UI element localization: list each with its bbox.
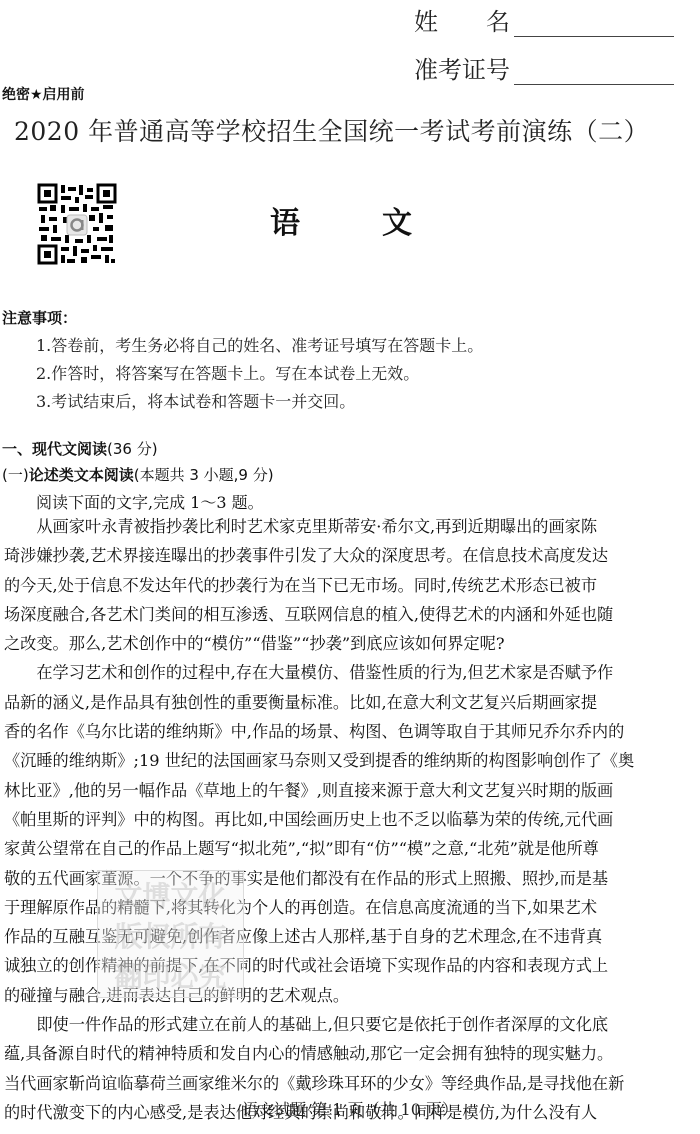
- subsection-score: (本题共 3 小题,9 分): [134, 466, 274, 484]
- watermark-line: 文博文化: [98, 875, 243, 915]
- passage-line: 场深度融合,各艺术门类间的相互渗透、互联网信息的植入,使得艺术的内涵和外延也随: [4, 600, 686, 629]
- qr-code-icon: [37, 183, 117, 265]
- passage-line: 之改变。那么,艺术创作中的“模仿”“借鉴”“抄袭”到底应该如何界定呢?: [4, 629, 686, 658]
- reading-instruction: 阅读下面的文字,完成 1～3 题。: [36, 490, 264, 513]
- section-heading-title: 一、现代文阅读: [2, 440, 107, 458]
- exam-id-label: 准考证号: [414, 50, 510, 85]
- subsection-title: 论述类文本阅读: [29, 466, 134, 484]
- exam-title: 2020 年普通高等学校招生全国统一考试考前演练（二）: [14, 112, 649, 148]
- watermark-line: 版权所有: [98, 915, 243, 955]
- page-footer: 语文试题 第 1 页（共 10 页）: [0, 1097, 700, 1120]
- exam-id-input-line[interactable]: [514, 60, 674, 85]
- name-field-row: 姓 名: [414, 2, 674, 37]
- notice-item: 3.考试结束后，将本试卷和答题卡一并交回。: [36, 389, 355, 412]
- passage-line: 琦涉嫌抄袭,艺术界接连曝出的抄袭事件引发了大众的深度思考。在信息技术高度发达: [4, 541, 686, 570]
- section-heading-score: (36 分): [107, 440, 158, 458]
- passage-line: 当代画家靳尚谊临摹荷兰画家维米尔的《戴珍珠耳环的少女》等经典作品,是寻找他在新: [4, 1069, 686, 1098]
- passage-line: 在学习艺术和创作的过程中,存在大量模仿、借鉴性质的行为,但艺术家是否赋予作: [4, 658, 686, 687]
- notice-heading: 注意事项：: [2, 307, 77, 328]
- passage-line: 林比亚》,他的另一幅作品《草地上的午餐》,则直接来源于意大利文艺复兴时期的版画: [4, 776, 686, 805]
- passage-line: 家黄公望常在自己的作品上题写“拟北苑”,“拟”即有“仿”“模”之意,“北苑”就是…: [4, 834, 686, 863]
- passage-line: 蕴,具备源自时代的精神特质和发自内心的情感触动,那它一定会拥有独特的现实魅力。: [4, 1039, 686, 1068]
- notice-item: 1.答卷前，考生务必将自己的姓名、准考证号填写在答题卡上。: [36, 333, 483, 356]
- passage-line: 即使一件作品的形式建立在前人的基础上,但只要它是依托于创作者深厚的文化底: [4, 1010, 686, 1039]
- passage-line: 《帕里斯的评判》中的构图。再比如,中国绘画历史上也不乏以临摹为荣的传统,元代画: [4, 805, 686, 834]
- passage-line: 《沉睡的维纳斯》;19 世纪的法国画家马奈则又受到提香的维纳斯的构图影响创作了《…: [4, 746, 686, 775]
- passage-line: 品新的涵义,是作品具有独创性的重要衡量标准。比如,在意大利文艺复兴后期画家提: [4, 688, 686, 717]
- notice-item: 2.作答时，将答案写在答题卡上。写在本试卷上无效。: [36, 361, 419, 384]
- subject-title-char-2: 文: [382, 198, 412, 242]
- name-label: 姓 名: [414, 2, 510, 37]
- subsection-heading: (一)论述类文本阅读(本题共 3 小题,9 分): [2, 464, 274, 485]
- name-input-line[interactable]: [514, 12, 674, 37]
- copyright-watermark: 文博文化 版权所有 翻印必究: [97, 870, 244, 998]
- secret-mark: 绝密★启用前: [2, 84, 85, 104]
- section-heading: 一、现代文阅读(36 分): [2, 438, 158, 459]
- watermark-line: 翻印必究: [98, 955, 243, 995]
- subject-title-char-1: 语: [270, 198, 300, 242]
- reading-passage: 从画家叶永青被指抄袭比利时艺术家克里斯蒂安·希尔文,再到近期曝出的画家陈 琦涉嫌…: [4, 512, 686, 1127]
- exam-id-field-row: 准考证号: [414, 50, 674, 85]
- passage-line: 从画家叶永青被指抄袭比利时艺术家克里斯蒂安·希尔文,再到近期曝出的画家陈: [4, 512, 686, 541]
- passage-line: 香的名作《乌尔比诺的维纳斯》中,作品的场景、构图、色调等取自于其师兄乔尔乔内的: [4, 717, 686, 746]
- passage-line: 的今天,处于信息不发达年代的抄袭行为在当下已无市场。同时,传统艺术形态已被市: [4, 571, 686, 600]
- subsection-prefix: (一): [2, 466, 29, 484]
